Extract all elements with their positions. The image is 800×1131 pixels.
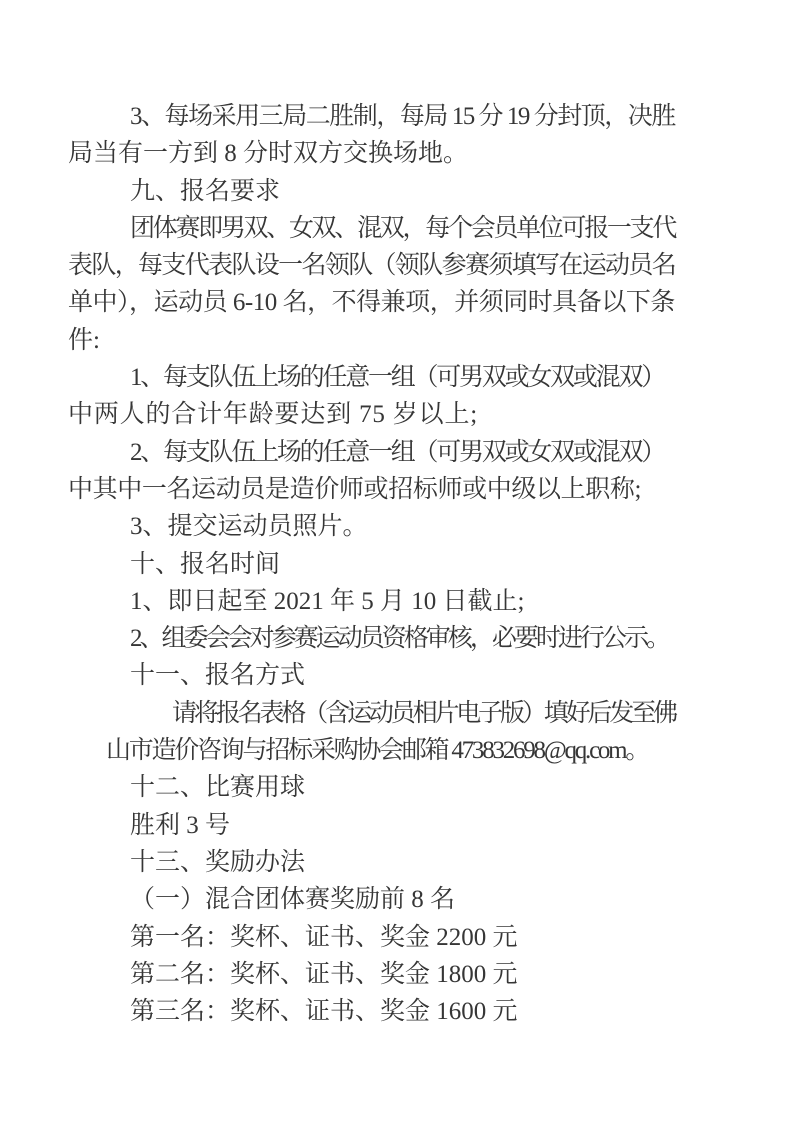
- text-line: 第二名：奖杯、证书、奖金 1800 元: [68, 956, 675, 993]
- text-line: 中其中一名运动员是造价师或招标师或中级以上职称;: [68, 471, 675, 508]
- text-line: 十三、奖励办法: [68, 844, 675, 881]
- text-line: 2、每支队伍上场的任意一组（可男双或女双或混双）: [68, 434, 675, 471]
- scanned-document-page: 3、每场采用三局二胜制，每局 15 分 19 分封顶，决胜局当有一方到 8 分时…: [0, 0, 800, 1131]
- text-line: 3、提交运动员照片。: [68, 508, 675, 545]
- text-line: （一）混合团体赛奖励前 8 名: [68, 881, 675, 918]
- text-line: 1、每支队伍上场的任意一组（可男双或女双或混双）: [68, 359, 675, 396]
- text-line: 2、组委会会对参赛运动员资格审核，必要时进行公示。: [68, 620, 675, 657]
- text-line: 胜利 3 号: [68, 807, 675, 844]
- text-line: 十一、报名方式: [68, 657, 675, 694]
- text-line: 表队，每支代表队设一名领队（领队参赛须填写在运动员名: [68, 247, 675, 284]
- text-line: 九、报名要求: [68, 173, 675, 210]
- text-line: 1、即日起至 2021 年 5 月 10 日截止;: [68, 583, 675, 620]
- text-line: 十、报名时间: [68, 546, 675, 583]
- text-line: 局当有一方到 8 分时双方交换场地。: [68, 135, 675, 172]
- document-body-text: 3、每场采用三局二胜制，每局 15 分 19 分封顶，决胜局当有一方到 8 分时…: [68, 98, 675, 1030]
- text-line: 中两人的合计年龄要达到 75 岁以上;: [68, 396, 675, 433]
- text-line: 团体赛即男双、女双、混双，每个会员单位可报一支代: [68, 210, 675, 247]
- text-line: 第一名：奖杯、证书、奖金 2200 元: [68, 919, 675, 956]
- text-line: 请将报名表格（含运动员相片电子版）填好后发至佛: [68, 695, 675, 732]
- text-line: 山市造价咨询与招标采购协会邮箱 473832698@qq.com。: [68, 732, 675, 769]
- text-line: 十二、比赛用球: [68, 769, 675, 806]
- text-line: 3、每场采用三局二胜制，每局 15 分 19 分封顶，决胜: [68, 98, 675, 135]
- text-line: 件:: [68, 322, 675, 359]
- text-line: 第三名：奖杯、证书、奖金 1600 元: [68, 993, 675, 1030]
- text-line: 单中），运动员 6-10 名，不得兼项，并须同时具备以下条: [68, 284, 675, 321]
